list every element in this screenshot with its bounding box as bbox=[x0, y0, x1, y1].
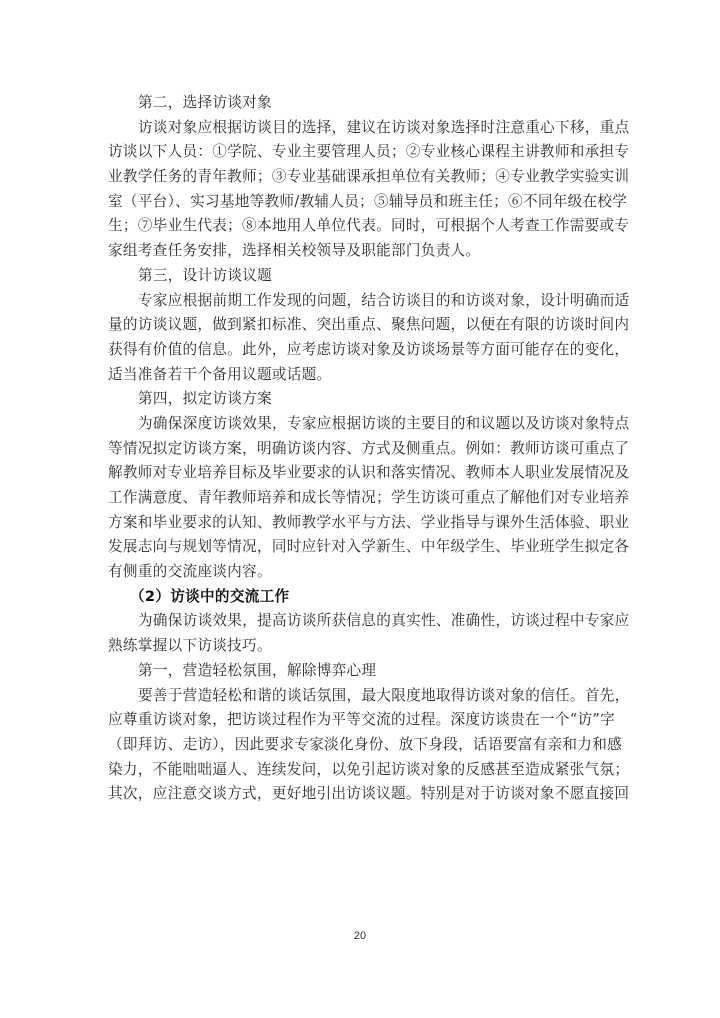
paragraph-line: 量的访谈议题，做到紧扣标准、突出重点、聚焦问题，以便在有限的访谈时间内 bbox=[108, 313, 611, 338]
paragraph-line: 室（平台）、实习基地等教师/教辅人员；⑤辅导员和班主任；⑥不同年级在校学 bbox=[108, 190, 611, 215]
paragraph-line: 等情况拟定访谈方案，明确访谈内容、方式及侧重点。例如：教师访谈可重点了 bbox=[108, 437, 611, 462]
paragraph-line: （即拜访、走访），因此要求专家淡化身份、放下身段，话语要富有亲和力和感 bbox=[108, 733, 611, 758]
paragraph-line: 业教学任务的青年教师；③专业基础课承担单位有关教师；④专业教学实验实训 bbox=[108, 165, 611, 190]
paragraph-line: 访谈以下人员：①学院、专业主要管理人员；②专业核心课程主讲教师和承担专 bbox=[108, 140, 611, 165]
paragraph-line: 为确保访谈效果，提高访谈所获信息的真实性、准确性，访谈过程中专家应 bbox=[108, 609, 611, 634]
body-text: 第二，选择访谈对象 访谈对象应根据访谈目的选择，建议在访谈对象选择时注意重心下移… bbox=[108, 91, 611, 807]
paragraph-line: 适当准备若干个备用议题或话题。 bbox=[108, 363, 611, 388]
paragraph-line: 其次，应注意交谈方式，更好地引出访谈议题。特别是对于访谈对象不愿直接回 bbox=[108, 782, 611, 807]
paragraph-line: 访谈对象应根据访谈目的选择，建议在访谈对象选择时注意重心下移，重点 bbox=[108, 116, 611, 141]
paragraph-line: 工作满意度、青年教师培养和成长等情况；学生访谈可重点了解他们对专业培养 bbox=[108, 486, 611, 511]
section-heading-relaxed-atmosphere: 第一，营造轻松氛围，解除博弈心理 bbox=[108, 659, 611, 684]
section-heading-select-interviewees: 第二，选择访谈对象 bbox=[108, 91, 611, 116]
paragraph-line: 家组考查任务安排，选择相关校领导及职能部门负责人。 bbox=[108, 239, 611, 264]
paragraph-line: 染力，不能咄咄逼人、连续发问，以免引起访谈对象的反感甚至造成紧张气氛； bbox=[108, 758, 611, 783]
paragraph-line: 方案和毕业要求的认知、教师教学水平与方法、学业指导与课外生活体验、职业 bbox=[108, 511, 611, 536]
paragraph-line: 专家应根据前期工作发现的问题，结合访谈目的和访谈对象，设计明确而适 bbox=[108, 289, 611, 314]
subsection-heading-communication: （2）访谈中的交流工作 bbox=[108, 585, 611, 610]
document-page: 第二，选择访谈对象 访谈对象应根据访谈目的选择，建议在访谈对象选择时注意重心下移… bbox=[0, 0, 720, 1018]
paragraph-line: 有侧重的交流座谈内容。 bbox=[108, 560, 611, 585]
section-heading-draft-plan: 第四，拟定访谈方案 bbox=[108, 387, 611, 412]
paragraph-line: 获得有价值的信息。此外，应考虑访谈对象及访谈场景等方面可能存在的变化， bbox=[108, 338, 611, 363]
paragraph-line: 生；⑦毕业生代表；⑧本地用人单位代表。同时，可根据个人考查工作需要或专 bbox=[108, 214, 611, 239]
paragraph-line: 熟练掌握以下访谈技巧。 bbox=[108, 634, 611, 659]
paragraph-line: 为确保深度访谈效果，专家应根据访谈的主要目的和议题以及访谈对象特点 bbox=[108, 412, 611, 437]
section-heading-design-topics: 第三，设计访谈议题 bbox=[108, 264, 611, 289]
paragraph-line: 发展志向与规划等情况，同时应针对入学新生、中年级学生、毕业班学生拟定各 bbox=[108, 535, 611, 560]
paragraph-line: 解教师对专业培养目标及毕业要求的认识和落实情况、教师本人职业发展情况及 bbox=[108, 461, 611, 486]
paragraph-line: 应尊重访谈对象，把访谈过程作为平等交流的过程。深度访谈贵在一个“访”字 bbox=[108, 708, 611, 733]
page-number: 20 bbox=[0, 930, 720, 942]
paragraph-line: 要善于营造轻松和谐的谈话氛围，最大限度地取得访谈对象的信任。首先， bbox=[108, 684, 611, 709]
